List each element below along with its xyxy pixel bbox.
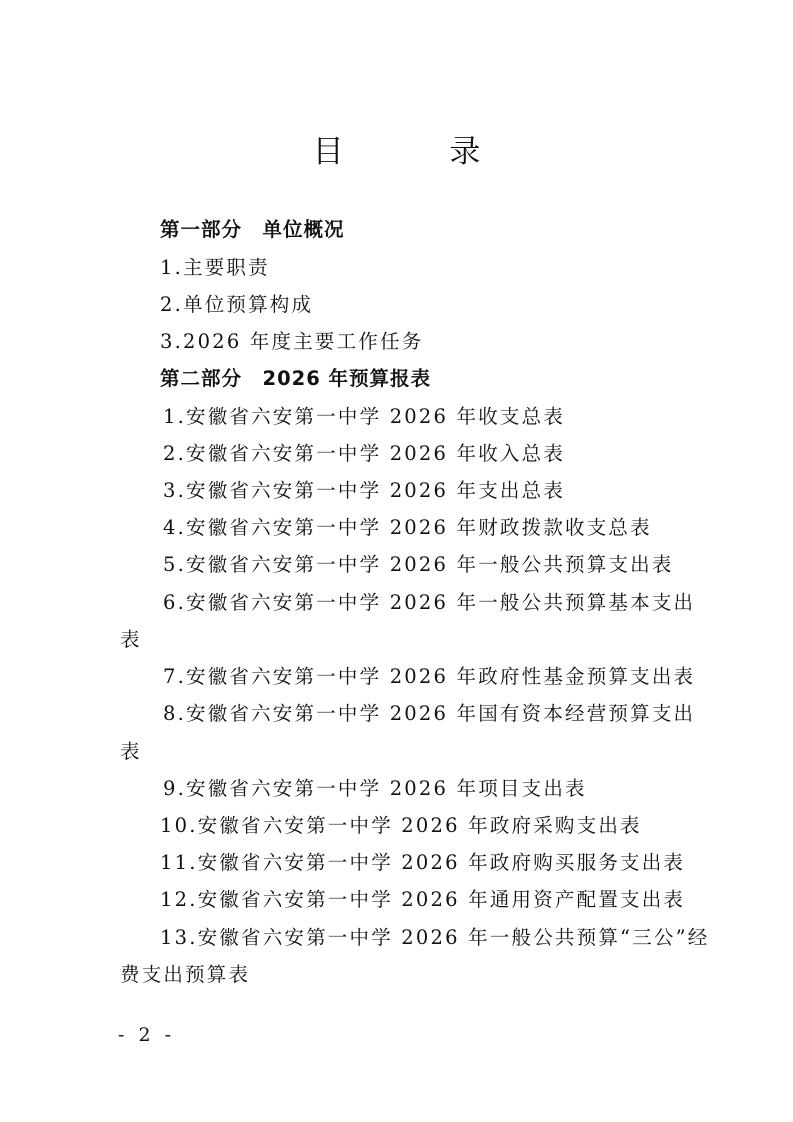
toc-item-continuation: 表 xyxy=(120,740,142,764)
toc-title: 目 录 xyxy=(0,134,793,170)
part2-heading: 第二部分 2026 年预算报表 xyxy=(160,367,431,391)
toc-item: 1.主要职责 xyxy=(160,256,270,280)
toc-item-continuation: 费支出预算表 xyxy=(120,963,250,987)
toc-item: 6.安徽省六安第一中学 2026 年一般公共预算基本支出 xyxy=(163,591,695,615)
toc-item: 7.安徽省六安第一中学 2026 年政府性基金预算支出表 xyxy=(163,665,695,689)
toc-item: 1.安徽省六安第一中学 2026 年收支总表 xyxy=(163,405,565,429)
toc-item: 13.安徽省六安第一中学 2026 年一般公共预算“三公”经 xyxy=(160,926,709,950)
toc-item: 8.安徽省六安第一中学 2026 年国有资本经营预算支出 xyxy=(163,702,695,726)
toc-item: 10.安徽省六安第一中学 2026 年政府采购支出表 xyxy=(160,814,642,838)
part1-heading: 第一部分 单位概况 xyxy=(160,218,345,242)
toc-item: 11.安徽省六安第一中学 2026 年政府购买服务支出表 xyxy=(160,851,685,875)
toc-item: 2.安徽省六安第一中学 2026 年收入总表 xyxy=(163,442,565,466)
toc-item: 3.2026 年度主要工作任务 xyxy=(160,330,423,354)
toc-item: 2.单位预算构成 xyxy=(160,293,313,317)
toc-item: 3.安徽省六安第一中学 2026 年支出总表 xyxy=(163,479,565,503)
toc-item: 12.安徽省六安第一中学 2026 年通用资产配置支出表 xyxy=(160,888,685,912)
toc-item: 5.安徽省六安第一中学 2026 年一般公共预算支出表 xyxy=(163,553,674,577)
toc-item: 4.安徽省六安第一中学 2026 年财政拨款收支总表 xyxy=(163,516,652,540)
page-number: - 2 - xyxy=(118,1024,175,1046)
toc-item: 9.安徽省六安第一中学 2026 年项目支出表 xyxy=(163,777,587,801)
toc-item-continuation: 表 xyxy=(120,628,142,652)
